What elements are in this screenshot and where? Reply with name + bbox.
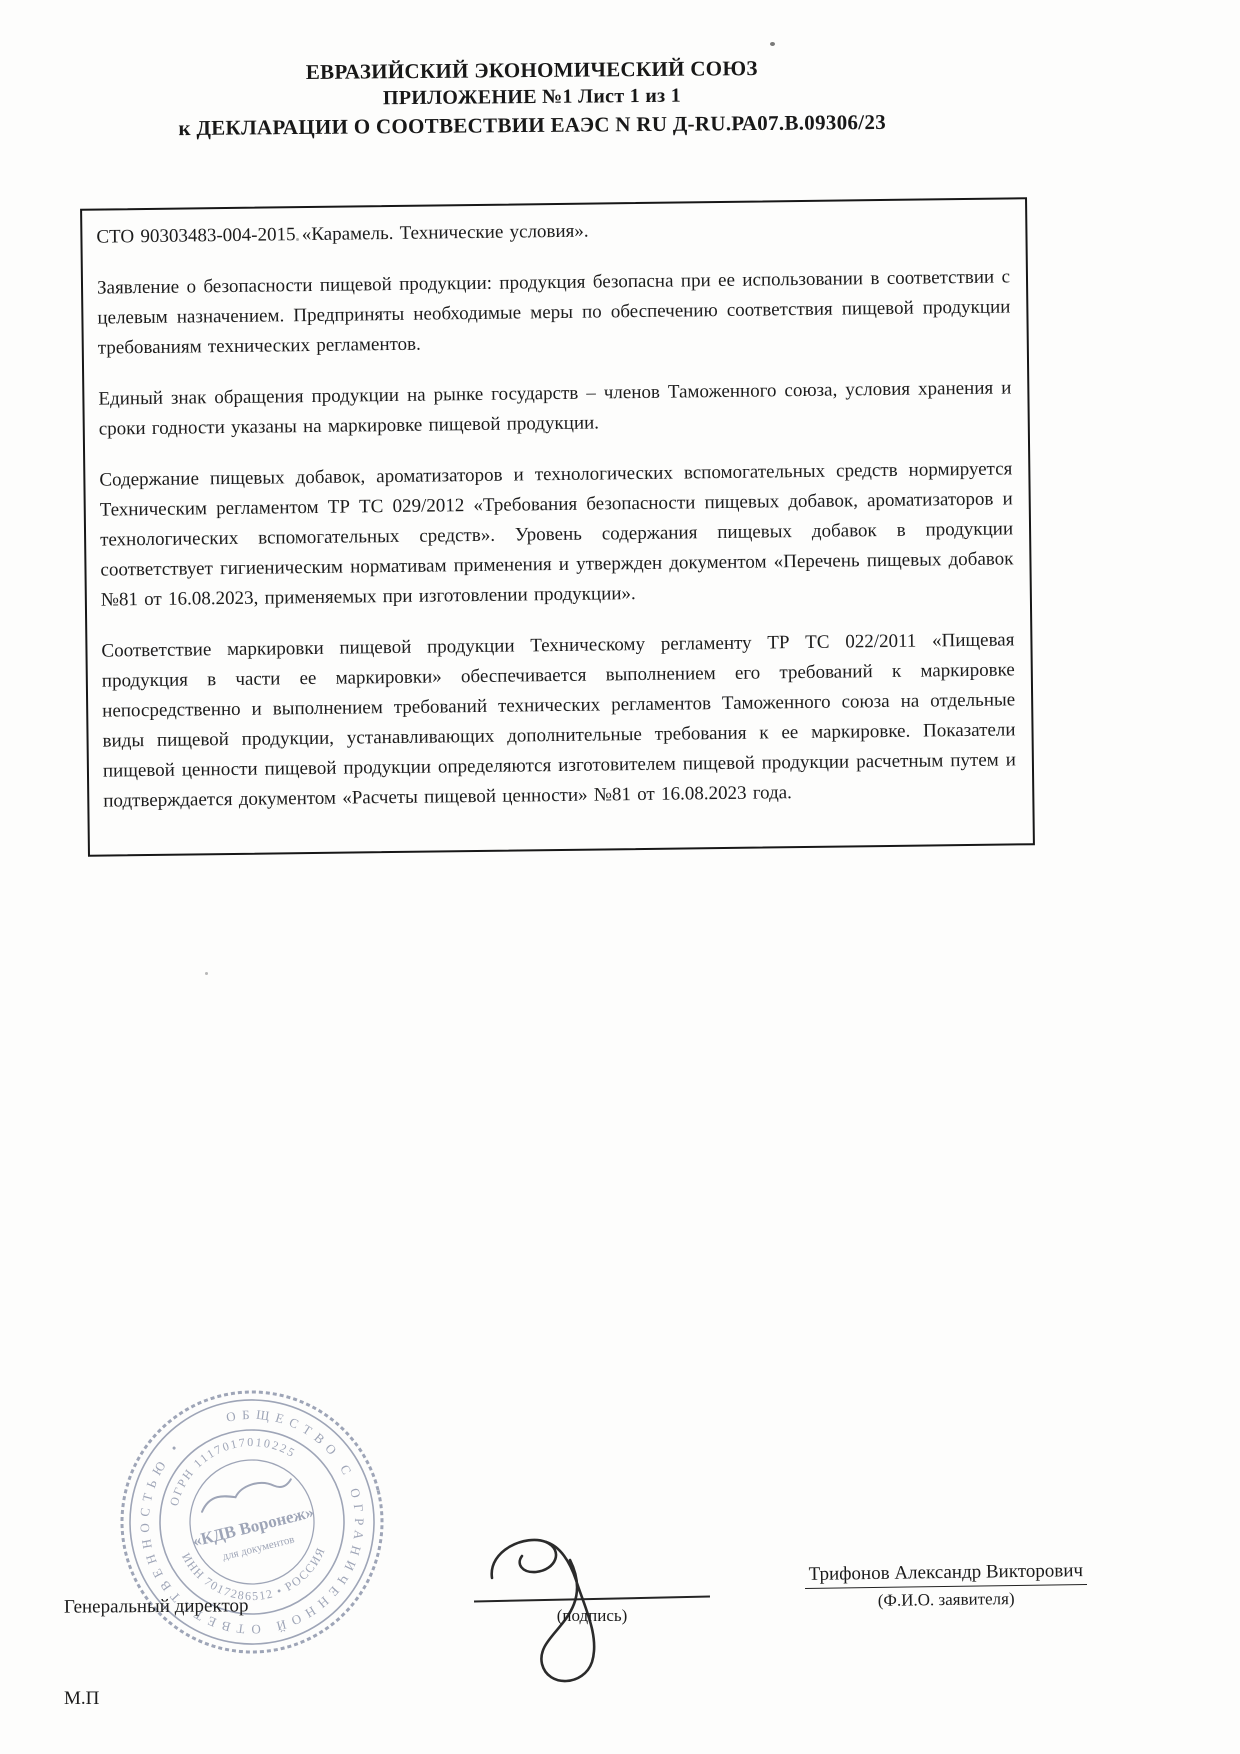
scan-speckle xyxy=(770,42,775,46)
seal-flourish-icon xyxy=(199,1475,294,1512)
paragraph-eac-mark: Единый знак обращения продукции на рынке… xyxy=(98,373,1012,444)
company-seal-stamp: ОБЩЕСТВО С ОГРАНИЧЕННОЙ ОТВЕТСТВЕННОСТЬЮ… xyxy=(90,1360,415,1685)
applicant-caption: (Ф.И.О. заявителя) xyxy=(772,1588,1120,1613)
document-header: ЕВРАЗИЙСКИЙ ЭКОНОМИЧЕСКИЙ СОЮЗ ПРИЛОЖЕНИ… xyxy=(12,51,1053,143)
paragraph-labelling: Соответствие маркировки пищевой продукци… xyxy=(101,625,1016,816)
paragraph-additives: Содержание пищевых добавок, ароматизатор… xyxy=(99,454,1014,615)
declaration-text-box: СТО 90303483-004-2015 «Карамель. Техниче… xyxy=(80,197,1035,857)
paragraph-safety-statement: Заявление о безопасности пищевой продукц… xyxy=(97,262,1011,363)
scan-speckle xyxy=(205,972,208,975)
scan-speckle xyxy=(296,238,299,241)
paragraph-sto-standard: СТО 90303483-004-2015 «Карамель. Техниче… xyxy=(96,211,1009,252)
stamp-place-label: М.П xyxy=(64,1688,99,1710)
seal-icon: ОБЩЕСТВО С ОГРАНИЧЕННОЙ ОТВЕТСТВЕННОСТЬЮ… xyxy=(90,1360,415,1685)
director-position-label: Генеральный директор xyxy=(64,1595,249,1618)
applicant-block: Трифонов Александр Викторович (Ф.И.О. за… xyxy=(772,1560,1121,1613)
applicant-name: Трифонов Александр Викторович xyxy=(804,1560,1087,1589)
signature-caption: (подпись) xyxy=(470,1606,714,1626)
signature-block: (подпись) xyxy=(470,1514,720,1704)
document-page: ЕВРАЗИЙСКИЙ ЭКОНОМИЧЕСКИЙ СОЮЗ ПРИЛОЖЕНИ… xyxy=(0,0,1240,1754)
